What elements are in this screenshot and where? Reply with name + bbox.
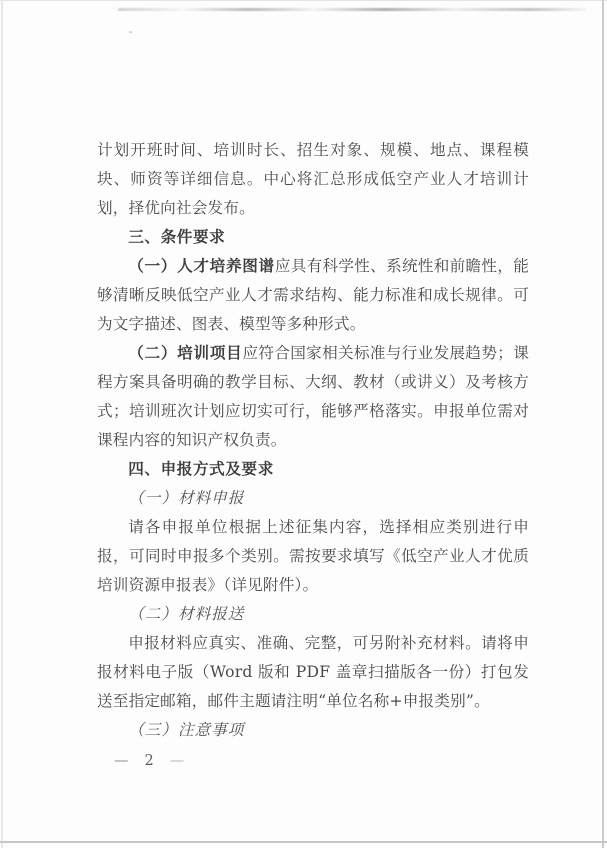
scan-artifact-smudge xyxy=(118,8,586,11)
document-body: 计划开班时间、培训时长、招生对象、规模、地点、课程模块、师资等详细信息。中心将汇… xyxy=(97,136,529,745)
paragraph-declaration-instructions: 请各申报单位根据上述征集内容，选择相应类别进行申报，可同时申报多个类别。需按要求… xyxy=(97,513,529,600)
scan-edge-bottom xyxy=(0,841,607,843)
paragraph-continued: 计划开班时间、培训时长、招生对象、规模、地点、课程模块、师资等详细信息。中心将汇… xyxy=(97,136,529,223)
paragraph-bold-lead: （二）培训项目 xyxy=(128,344,242,362)
scanned-document-page: 计划开班时间、培训时长、招生对象、规模、地点、课程模块、师资等详细信息。中心将汇… xyxy=(0,0,607,848)
section-heading-3: 三、条件要求 xyxy=(97,223,529,252)
subsection-heading-material-submission: （二）材料报送 xyxy=(97,600,529,629)
subsection-heading-material-declaration: （一）材料申报 xyxy=(97,484,529,513)
page-footer: — 2 — xyxy=(114,753,184,769)
paragraph-talent-map: （一）人才培养图谱应具有科学性、系统性和前瞻性，能够清晰反映低空产业人才需求结构… xyxy=(97,252,529,339)
scan-artifact-speck xyxy=(129,31,132,33)
footer-dash-left: — xyxy=(114,753,129,769)
section-heading-4: 四、申报方式及要求 xyxy=(97,455,529,484)
page-number: 2 xyxy=(145,753,154,769)
scan-edge-top xyxy=(0,0,607,1)
scan-edge-right xyxy=(602,0,604,848)
scan-edge-left xyxy=(1,0,3,848)
paragraph-bold-lead: （一）人才培养图谱 xyxy=(128,257,275,275)
subsection-heading-notes: （三）注意事项 xyxy=(97,716,529,745)
paragraph-training-project: （二）培训项目应符合国家相关标准与行业发展趋势；课程方案具备明确的教学目标、大纲… xyxy=(97,339,529,455)
paragraph-submission-instructions: 申报材料应真实、准确、完整，可另附补充材料。请将申报材料电子版（Word 版和 … xyxy=(97,629,529,716)
footer-dash-right: — xyxy=(170,753,185,769)
